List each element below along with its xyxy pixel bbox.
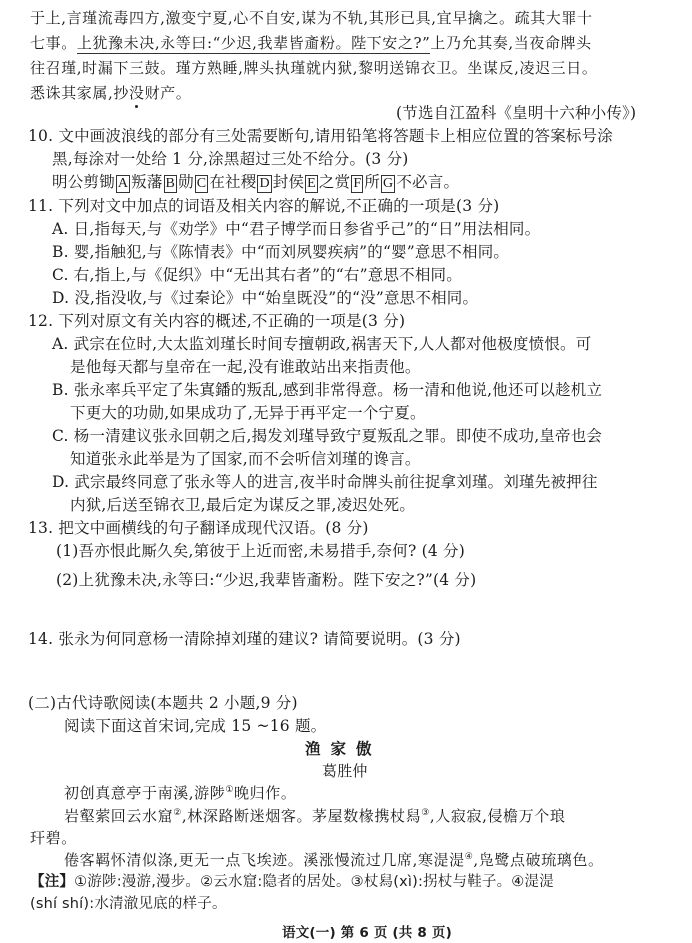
poem-text: 倦客羁怀清似涤,更无一点飞埃迹。溪涨慢流过几席,寒湜湜: [64, 851, 465, 869]
passage-source: (节选自江盈科《皇明十六种小传》): [396, 103, 636, 123]
q13-stem: 13. 把文中画横线的句子翻译成现代汉语。(8 分): [28, 518, 369, 538]
underlined-sentence: 上犹豫未决,永等曰:“少迟,我辈皆齑粉。陛下安之?”: [77, 34, 431, 54]
break-box-c: C: [195, 175, 209, 193]
q12-stem: 12. 下列对原文有关内容的概述,不正确的一项是(3 分): [28, 311, 405, 331]
passage-line-1: 于上,言瑾流毒四方,激变宁夏,心不自安,谋为不轨,其形已具,宜早擒之。疏其大罪十: [30, 8, 593, 28]
q12-option-c-line1: C. 杨一清建议张永回朝之后,揭发刘瑾导致宁夏叛乱之罪。即使不成功,皇帝也会: [52, 426, 602, 446]
poetry-section-heading: (二)古代诗歌阅读(本题共 2 小题,9 分): [28, 693, 298, 713]
poetry-intro: 阅读下面这首宋词,完成 15 ~16 题。: [64, 716, 326, 736]
q12-option-a-line1: A. 武宗在位时,大太监刘瑾长时间专擅朝政,祸害天下,人人都对他极度愤恨。可: [52, 334, 591, 354]
q12-option-b-line1: B. 张永率兵平定了朱寘鐇的叛乱,感到非常得意。杨一清和他说,他还可以趁机立: [52, 380, 602, 400]
passage-line-2: 七事。上犹豫未决,永等曰:“少迟,我辈皆齑粉。陛下安之?”上乃允其奏,当夜命牌头: [30, 33, 592, 53]
poem-text: ,林深路断迷烟客。茅屋数椽携杖舄: [182, 807, 421, 825]
break-box-a: A: [116, 175, 130, 193]
poem-stanza2: 倦客羁怀清似涤,更无一点飞埃迹。溪涨慢流过几席,寒湜湜④,凫鹭点破琉璃色。: [64, 850, 604, 870]
q12-option-d-line2: 内狱,后送至锦衣卫,最后定为谋反之罪,凌迟处死。: [70, 495, 415, 515]
q11-option-a: A. 日,指每天,与《劝学》中“君子博学而日参省乎己”的“日”用法相同。: [52, 219, 540, 239]
passage-text: 财产。: [145, 84, 192, 102]
preface-text: 晚归作。: [234, 784, 296, 802]
break-box-g: G: [381, 175, 395, 193]
passage-text: 上乃允其奏,当夜命牌头: [430, 34, 591, 52]
q14-stem: 14. 张永为何同意杨一清除掉刘瑾的建议? 请简要说明。(3 分): [28, 629, 461, 649]
passage-line-3: 往召瑾,时漏下三鼓。瑾方熟睡,牌头执瑾就内狱,黎明送锦衣卫。坐谋反,凌迟三日。: [30, 58, 597, 78]
break-box-d: D: [257, 175, 271, 193]
poem-preface: 初创真意亭于南溪,游陟①晚归作。: [64, 783, 296, 803]
q12-option-a-line2: 是他每天都与皇帝在一起,没有谁敢站出来指责他。: [70, 357, 421, 377]
poem-stanza1-line2: 玕碧。: [30, 828, 77, 848]
note-marker-3: ③: [421, 808, 430, 818]
poem-text: ,凫鹭点破琉璃色。: [473, 851, 603, 869]
q11-option-d: D. 没,指没收,与《过秦论》中“始皇既没”的“没”意思不相同。: [52, 288, 478, 308]
break-box-f: F: [351, 175, 363, 193]
segment: 之赏: [319, 173, 350, 191]
exam-page: 于上,言瑾流毒四方,激变宁夏,心不自安,谋为不轨,其形已具,宜早擒之。疏其大罪十…: [0, 0, 692, 943]
passage-text: 悉诛其家属,抄: [30, 84, 129, 102]
q10-sentence: 明公剪锄A叛藩B勋C在社稷D封侯E之赏F所G不必言。: [52, 172, 459, 193]
passage-text: 七事。: [30, 34, 77, 52]
notes-line-2: (shí shí):水清澈见底的样子。: [30, 894, 227, 914]
page-footer: 语文(一) 第 6 页 (共 8 页): [282, 923, 452, 943]
q12-option-c-line2: 知道张永此举是为了国家,而不会听信刘瑾的谗言。: [70, 449, 421, 469]
segment: 明公剪锄: [52, 173, 115, 191]
segment: 在社稷: [209, 173, 256, 191]
q13-part-1: (1)吾亦恨此厮久矣,第彼于上近而密,未易措手,奈何? (4 分): [56, 541, 465, 561]
break-box-e: E: [305, 175, 318, 193]
q10-stem-line1: 10. 文中画波浪线的部分有三处需要断句,请用铅笔将答题卡上相应位置的答案标号涂: [28, 126, 613, 146]
segment: 叛藩: [131, 173, 162, 191]
q13-part-2: (2)上犹豫未决,永等曰:“少迟,我辈皆齑粉。陛下安之?”(4 分): [56, 570, 476, 590]
notes-line-1: 【注】①游陟:漫游,漫步。②云水窟:隐者的居处。③杖舄(xì):拐杖与鞋子。④湜…: [30, 872, 554, 892]
segment: 勋: [178, 173, 194, 191]
notes-heading: 【注】: [30, 874, 74, 890]
poem-author: 葛胜仲: [322, 761, 368, 781]
preface-text: 初创真意亭于南溪,游陟: [64, 784, 225, 802]
emphasized-word: 没: [129, 84, 145, 102]
q12-option-b-line2: 下更大的功勋,如果成功了,无异于再平定一个宁夏。: [70, 403, 426, 423]
notes-text: ①游陟:漫游,漫步。②云水窟:隐者的居处。③杖舄(xì):拐杖与鞋子。④湜湜: [74, 874, 554, 890]
segment: 所: [364, 173, 380, 191]
poem-text: ,人寂寂,侵檐万个琅: [430, 807, 566, 825]
segment: 不必言。: [396, 173, 459, 191]
poem-title: 渔家傲: [305, 739, 382, 759]
q11-option-b: B. 婴,指触犯,与《陈情表》中“而刘夙婴疾病”的“婴”意思不相同。: [52, 242, 509, 262]
q10-stem-line2: 黑,每涂对一处给 1 分,涂黑超过三处不给分。(3 分): [52, 149, 409, 169]
q11-option-c: C. 右,指上,与《促织》中“无出其右者”的“右”意思不相同。: [52, 265, 462, 285]
note-marker-1: ①: [225, 785, 234, 795]
q11-stem: 11. 下列对文中加点的词语及相关内容的解说,不正确的一项是(3 分): [28, 196, 499, 216]
segment: 封侯: [273, 173, 304, 191]
note-marker-2: ②: [173, 808, 182, 818]
break-box-b: B: [164, 175, 178, 193]
poem-text: 岩壑萦回云水窟: [64, 807, 173, 825]
passage-line-4: 悉诛其家属,抄没财产。: [30, 83, 191, 103]
poem-stanza1-line1: 岩壑萦回云水窟②,林深路断迷烟客。茅屋数椽携杖舄③,人寂寂,侵檐万个琅: [64, 806, 565, 826]
q12-option-d-line1: D. 武宗最终同意了张永等人的进言,夜半时命牌头前往捉拿刘瑾。刘瑾先被押往: [52, 472, 598, 492]
